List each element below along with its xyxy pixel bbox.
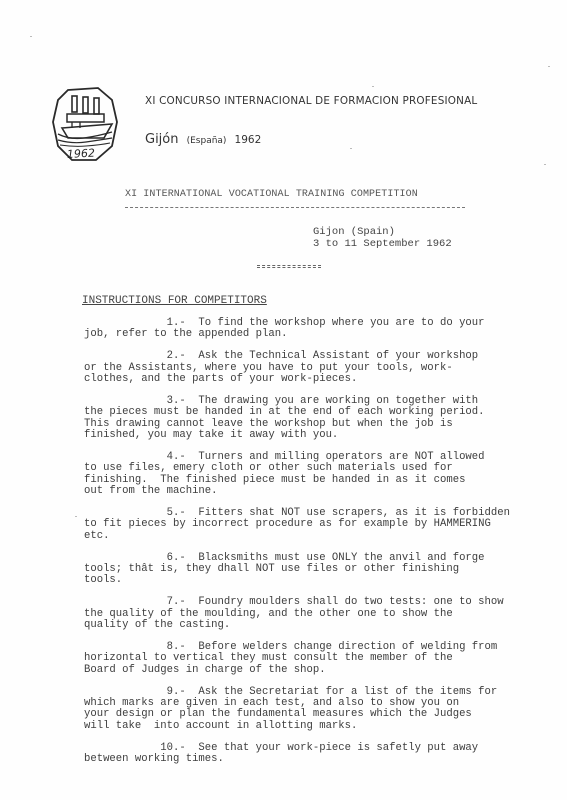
instruction-item: 4.- Turners and milling operators are NO… — [84, 452, 544, 497]
instructions-list: 1.- To find the workshop where you are t… — [84, 318, 544, 776]
logo-year: 1962 — [67, 146, 96, 160]
instruction-line: the pieces must be handed in at the end … — [84, 407, 544, 418]
instruction-item: 3.- The drawing you are working on toget… — [84, 396, 544, 441]
instruction-item: 1.- To find the workshop where you are t… — [84, 318, 544, 341]
instruction-line: horizontal to vertical they must consult… — [84, 653, 544, 664]
instruction-item: 10.- See that your work-piece is safetly… — [84, 743, 544, 766]
instruction-item: 9.- Ask the Secretariat for a list of th… — [84, 687, 544, 732]
instruction-item: 6.- Blacksmiths must use ONLY the anvil … — [84, 553, 544, 587]
instruction-item: 2.- Ask the Technical Assistant of your … — [84, 351, 544, 385]
instruction-line: etc. — [84, 531, 544, 542]
instruction-line: Board of Judges in charge of the shop. — [84, 665, 544, 676]
letterhead-year: 1962 — [235, 134, 262, 146]
instruction-line: tools; thât is, they dhall NOT use files… — [84, 564, 544, 575]
instruction-line: job, refer to the appended plan. — [84, 329, 544, 340]
document-page: 1962 XI CONCURSO INTERNACIONAL DE FORMAC… — [0, 0, 567, 800]
instruction-line: quality of the casting. — [84, 620, 544, 631]
instruction-line: to use files, emery cloth or other such … — [84, 463, 544, 474]
instruction-line: your design or plan the fundamental meas… — [84, 709, 544, 720]
instruction-line: finished, you may take it away with you. — [84, 430, 544, 441]
instruction-item: 8.- Before welders change direction of w… — [84, 642, 544, 676]
letterhead-location: Gijón (España) 1962 — [145, 128, 261, 147]
ship-emblem-icon: 1962 — [50, 84, 120, 164]
instruction-item: 5.- Fitters shat NOT use scrapers, as it… — [84, 508, 544, 542]
letterhead-city: Gijón — [145, 132, 179, 147]
letterhead-country: (España) — [187, 136, 227, 146]
separator-rule — [257, 265, 321, 268]
instruction-line: out from the machine. — [84, 486, 544, 497]
title-underline — [125, 207, 465, 208]
instruction-line: clothes, and the parts of your work-piec… — [84, 374, 544, 385]
letterhead-title: XI CONCURSO INTERNACIONAL DE FORMACION P… — [145, 95, 477, 108]
instruction-line: to fit pieces by incorrect procedure as … — [84, 519, 544, 530]
event-dates: 3 to 11 September 1962 — [313, 238, 452, 250]
instruction-line: will take into account in allotting mark… — [84, 721, 544, 732]
instruction-line: between working times. — [84, 754, 544, 765]
event-city: Gijon (Spain) — [313, 226, 452, 238]
section-heading: INSTRUCTIONS FOR COMPETITORS — [82, 295, 267, 307]
instruction-line: tools. — [84, 575, 544, 586]
instruction-line: 2.- Ask the Technical Assistant of your … — [84, 351, 544, 362]
instruction-item: 7.- Foundry moulders shall do two tests:… — [84, 597, 544, 631]
event-location: Gijon (Spain) 3 to 11 September 1962 — [313, 226, 452, 250]
document-title: XI INTERNATIONAL VOCATIONAL TRAINING COM… — [125, 189, 418, 200]
